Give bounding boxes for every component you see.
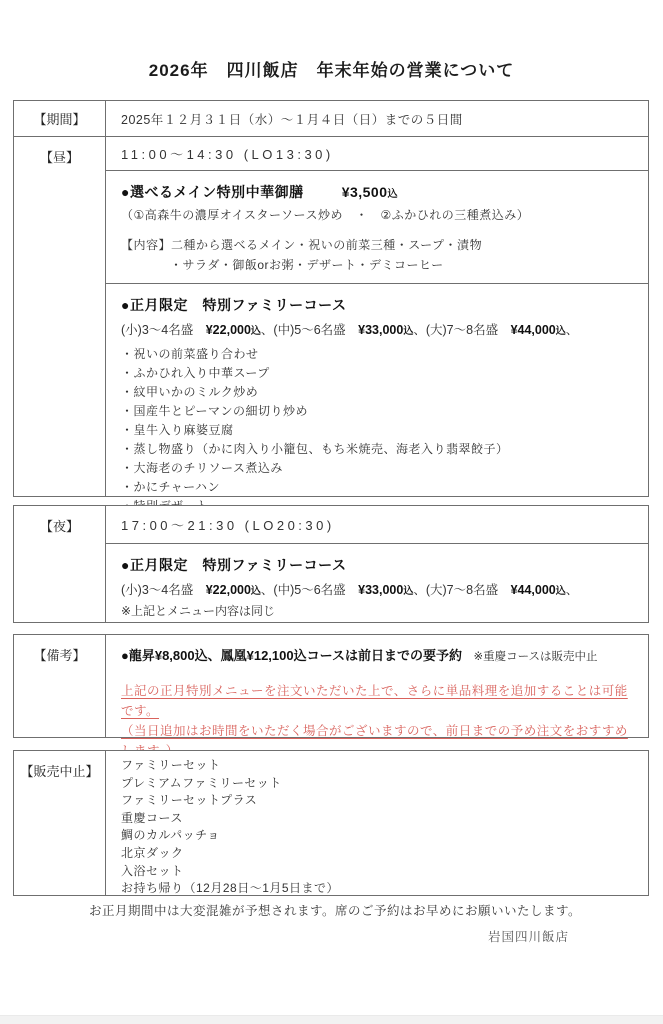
list-item: プレミアムファミリーセット [121,775,636,793]
text-segment: 込 [251,586,261,597]
list-item: 入浴セット [121,863,636,881]
text-segment: 、 [566,583,579,597]
remarks-reservation-line: ●龍昇¥8,800込、鳳凰¥12,100込コースは前日までの要予約 ※重慶コース… [121,645,636,664]
text-segment: 込 [251,326,261,337]
gozen-title: ●選べるメイン特別中華御膳¥3,500込 [121,182,636,202]
text-segment: ¥22,000 [206,583,251,597]
list-item: 重慶コース [121,810,636,828]
list-item: お持ち帰り（12月28日～1月5日まで） [121,880,636,898]
text-segment: 、(大)7～8名盛 [413,323,510,337]
text-segment: ※重慶コースは販売中止 [462,651,598,663]
dinner-row: 【夜】 17:00～21:30 (LO20:30) ●正月限定 特別ファミリーコ… [14,506,648,622]
lunch-course-block: ●正月限定 特別ファミリーコース (小)3～4名盛 ¥22,000込、(中)5～… [106,284,648,526]
list-item: ・大海老のチリソース煮込み [121,459,636,478]
gozen-options: （①高森牛の濃厚オイスターソース炒め ・ ②ふかひれの三種煮込み） [121,206,636,223]
remarks-label: 【備考】 [14,635,106,737]
lunch-content: 11:00～14:30 (LO13:30) ●選べるメイン特別中華御膳¥3,50… [106,137,648,496]
text-segment: ¥33,000 [358,583,403,597]
bottom-band [0,1015,663,1024]
list-item: ・祝いの前菜盛り合わせ [121,345,636,364]
text-segment: 、 [566,323,579,337]
period-value: 2025年１２月３１日（水）～１月４日（日）までの５日間 [106,101,648,136]
list-item: 上記の正月特別メニューを注文いただいた上で、さらに単品料理を追加することは可能で… [121,681,636,721]
text-segment: ●龍昇¥8,800込、鳳凰¥12,100込コースは前日までの要予約 [121,648,462,663]
list-item: ファミリーセット [121,757,636,775]
text-segment: ¥44,000 [511,323,556,337]
text-segment: (小)3～4名盛 [121,323,206,337]
footer-notice: お正月期間中は大変混雑が予想されます。席のご予約はお早めにお願いいたします。 [20,901,650,919]
period-row: 【期間】 2025年１２月３１日（水）～１月４日（日）までの５日間 [14,101,648,137]
gozen-contents-line2: ・サラダ・御飯orお粥・デザート・デミコーヒー [121,256,636,273]
list-item: ・かにチャーハン [121,478,636,497]
notice-page: 2026年 四川飯店 年末年始の営業について 【期間】 2025年１２月３１日（… [0,0,663,1024]
remarks-row: 【備考】 ●龍昇¥8,800込、鳳凰¥12,100込コースは前日までの要予約 ※… [14,635,648,737]
text-segment: ●選べるメイン特別中華御膳 [121,184,304,200]
dinner-course-block: ●正月限定 特別ファミリーコース (小)3～4名盛 ¥22,000込、(中)5～… [106,544,648,629]
text-segment: ¥33,000 [358,323,403,337]
suspended-label: 【販売中止】 [14,751,106,895]
remarks-red-notes: 上記の正月特別メニューを注文いただいた上で、さらに単品料理を追加することは可能で… [121,681,636,761]
gozen-contents-line1: 【内容】二種から選べるメイン・祝いの前菜三種・スープ・漬物 [121,236,636,253]
text-segment: 込 [403,586,413,597]
suspended-table: 【販売中止】 ファミリーセットプレミアムファミリーセットファミリーセットプラス重… [13,750,649,896]
text-segment: 込 [388,189,399,200]
page-title: 2026年 四川飯店 年末年始の営業について [0,56,663,81]
lunch-gozen-block: ●選べるメイン特別中華御膳¥3,500込 （①高森牛の濃厚オイスターソース炒め … [106,171,648,284]
list-item: 北京ダック [121,845,636,863]
signature: 岩国四川飯店 [488,927,569,945]
text-segment: 、(中)5～6名盛 [261,583,358,597]
lunch-course-heading: ●正月限定 特別ファミリーコース [121,295,636,315]
text-segment: ¥44,000 [511,583,556,597]
text-segment: 込 [403,326,413,337]
list-item: ・国産牛とピーマンの細切り炒め [121,402,636,421]
list-item: ・皇牛入り麻婆豆腐 [121,421,636,440]
dinner-hours: 17:00～21:30 (LO20:30) [106,506,648,544]
dinner-course-prices: (小)3～4名盛 ¥22,000込、(中)5～6名盛 ¥33,000込、(大)7… [121,580,636,598]
list-item: 鯛のカルパッチョ [121,827,636,845]
text-segment: ¥22,000 [206,323,251,337]
text-segment: 、(大)7～8名盛 [413,583,510,597]
text-segment: ¥3,500 [342,184,388,200]
period-label: 【期間】 [14,101,106,136]
remarks-content: ●龍昇¥8,800込、鳳凰¥12,100込コースは前日までの要予約 ※重慶コース… [106,635,648,737]
text-segment: (小)3～4名盛 [121,583,206,597]
lunch-row: 【昼】 11:00～14:30 (LO13:30) ●選べるメイン特別中華御膳¥… [14,137,648,496]
text-segment: 込 [556,586,566,597]
text-segment: 込 [556,326,566,337]
lunch-course-items: ・祝いの前菜盛り合わせ・ふかひれ入り中華スープ・紋甲いかのミルク炒め・国産牛とピ… [121,345,636,516]
lunch-label: 【昼】 [14,137,106,496]
remarks-table: 【備考】 ●龍昇¥8,800込、鳳凰¥12,100込コースは前日までの要予約 ※… [13,634,649,738]
dinner-course-note: ※上記とメニュー内容は同じ [121,602,636,619]
lunch-course-prices: (小)3～4名盛 ¥22,000込、(中)5～6名盛 ¥33,000込、(大)7… [121,320,636,338]
list-item: ・紋甲いかのミルク炒め [121,383,636,402]
list-item: ファミリーセットプラス [121,792,636,810]
dinner-label: 【夜】 [14,506,106,622]
text-segment: 、(中)5～6名盛 [261,323,358,337]
suspended-items: ファミリーセットプレミアムファミリーセットファミリーセットプラス重慶コース鯛のカ… [106,751,648,895]
list-item: ・ふかひれ入り中華スープ [121,364,636,383]
list-item: ・蒸し物盛り（かに肉入り小籠包、もち米焼売、海老入り翡翠餃子） [121,440,636,459]
dinner-content: 17:00～21:30 (LO20:30) ●正月限定 特別ファミリーコース (… [106,506,648,622]
dinner-course-heading: ●正月限定 特別ファミリーコース [121,555,636,575]
schedule-table-dinner: 【夜】 17:00～21:30 (LO20:30) ●正月限定 特別ファミリーコ… [13,505,649,623]
lunch-hours: 11:00～14:30 (LO13:30) [106,137,648,171]
suspended-row: 【販売中止】 ファミリーセットプレミアムファミリーセットファミリーセットプラス重… [14,751,648,895]
schedule-table-main: 【期間】 2025年１２月３１日（水）～１月４日（日）までの５日間 【昼】 11… [13,100,649,497]
